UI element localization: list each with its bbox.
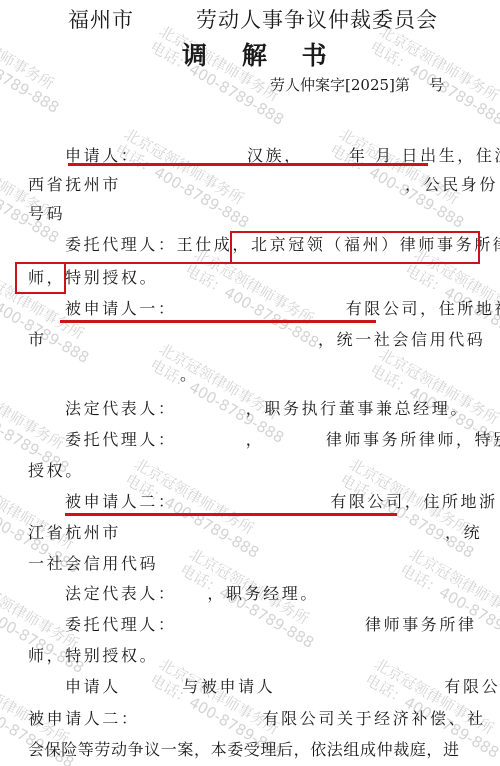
- watermark-firm: 北京冠领律师事务所: [371, 655, 500, 746]
- applicant-address-line: 西省抚州市: [28, 172, 121, 195]
- watermark-firm: 北京冠领律师事务所: [376, 22, 500, 113]
- watermark: 北京冠领律师事务所电话：400-8789-888: [112, 125, 261, 232]
- respondent-two-city: 江省杭州市: [28, 520, 121, 543]
- watermark-firm: 北京冠领律师事务所: [376, 345, 500, 436]
- case-summary-line-3: 会保险等劳动争议一案，本委受理后，依法组成仲裁庭，进: [28, 737, 460, 760]
- respondent-two-legal-rep: 法定代表人： ，职务经理。: [65, 581, 319, 604]
- lawyer-highlight-box: [15, 262, 66, 294]
- respondent-two-authorization: 师，特别授权。: [28, 643, 158, 666]
- document-title: 调 解 书: [182, 36, 327, 72]
- respondent-one-credit-code-label: ，统一社会信用代码: [318, 327, 485, 350]
- case-summary-line-1: 申请人 与被申请人 有限公司、: [65, 674, 500, 697]
- highlight-connector: [65, 262, 231, 264]
- watermark-firm: 北京冠领律师事务所: [121, 125, 261, 216]
- law-firm-highlight-box: [230, 231, 480, 264]
- watermark-firm: 北京冠领律师事务所: [156, 655, 296, 746]
- watermark-phone: 电话：400-8789-888: [337, 471, 477, 562]
- watermark-phone: 电话：400-8789-888: [177, 561, 317, 652]
- respondent-one-city: 市: [28, 327, 47, 350]
- respondent-two-underline: [65, 513, 397, 516]
- watermark-firm: 北京冠领律师事务所: [0, 10, 71, 101]
- watermark-phone: 电话：400-8789-888: [397, 561, 500, 652]
- period-mark: 。: [180, 362, 199, 385]
- applicant-id-number-label: 号码: [28, 201, 65, 224]
- mediation-document: 北京冠领律师事务所电话：400-8789-888 北京冠领律师事务所电话：400…: [0, 0, 500, 766]
- watermark-phone: 电话：400-8789-888: [0, 26, 62, 117]
- respondent-two-credit-prefix: ，统: [445, 520, 482, 543]
- watermark-firm: 北京冠领律师事务所: [336, 125, 476, 216]
- respondent-two-agent-label: 委托代理人：: [65, 612, 177, 635]
- watermark-phone: 电话：400-8789-888: [122, 471, 262, 562]
- respondent-two-credit-code-label: 一社会信用代码: [28, 551, 158, 574]
- respondent-one-legal-rep: 法定代表人： ，职务执行董事兼总经理。: [65, 396, 469, 419]
- respondent-one-underline: [60, 320, 376, 323]
- respondent-one-authorization: 授权。: [28, 458, 84, 481]
- committee-name: 劳动人事争议仲裁委员会: [196, 4, 438, 34]
- watermark: 北京冠领律师事务所电话：400-8789-888: [0, 10, 71, 117]
- case-summary-line-2: 被申请人二： 有限公司关于经济补偿、社: [28, 706, 486, 729]
- respondent-two-line: 被申请人二： 有限公司，住所地浙: [65, 489, 498, 512]
- applicant-underline: [68, 163, 428, 166]
- watermark: 北京冠领律师事务所电话：400-8789-888: [397, 545, 500, 652]
- respondent-one-line: 被申请人一： 有限公司，住所地福州: [65, 296, 500, 319]
- case-number: 劳人仲案字[2025]第 号: [270, 74, 444, 95]
- applicant-id-label: ，公民身份: [405, 172, 498, 195]
- respondent-one-agent: 委托代理人： ， 律师事务所律师，特别: [65, 427, 500, 450]
- respondent-two-agent-firm: 律师事务所律: [365, 612, 477, 635]
- committee-city: 福州市: [68, 4, 134, 34]
